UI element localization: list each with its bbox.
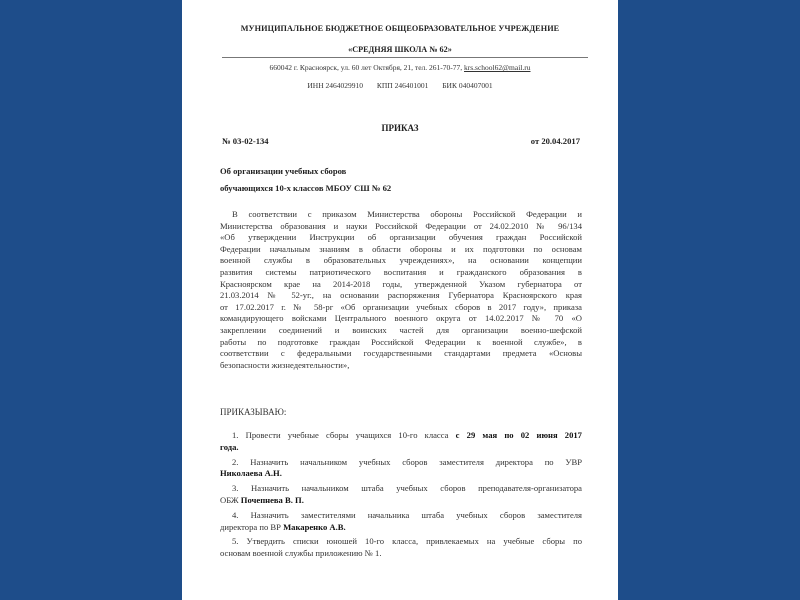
order-item-line: 2. Назначить начальником учебных сборов … [220, 457, 582, 469]
order-directive: ПРИКАЗЫВАЮ: [220, 407, 286, 417]
email-link[interactable]: krs.school62@mail.ru [464, 63, 530, 72]
order-item-line: 1. Провести учебные сборы учащихся 10-го… [220, 430, 582, 442]
order-number: № 03-02-134 [222, 136, 269, 146]
preamble-line: развития системы патриотического воспита… [220, 267, 582, 279]
preamble-line: от 17.02.2017 г. № 58-рг «Об организации… [220, 302, 582, 314]
order-subject-line1: Об организации учебных сборов [220, 166, 346, 176]
preamble-line: командирующего войсками Центрального вое… [220, 313, 582, 325]
order-item-line: директора по ВР Макаренко А.В. [220, 522, 582, 534]
order-item-line: основам военной службы приложению № 1. [220, 548, 582, 560]
preamble-line: Федерации начальным знаниям в области об… [220, 244, 582, 256]
org-name-line2: «СРЕДНЯЯ ШКОЛА № 62» [182, 45, 618, 54]
bik: БИК 040407001 [442, 81, 492, 90]
order-item: 1. Провести учебные сборы учащихся 10-го… [220, 430, 582, 454]
order-title: ПРИКАЗ [182, 123, 618, 133]
order-item: 5. Утвердить списки юношей 10-го класса,… [220, 536, 582, 560]
order-item-line: Николаева А.Н. [220, 468, 582, 480]
preamble-line: безопасности жизнедеятельности», [220, 360, 582, 372]
org-address: 660042 г. Красноярск, ул. 60 лет Октября… [182, 63, 618, 72]
preamble-line: военной службы в образовательных учрежде… [220, 255, 582, 267]
order-date: от 20.04.2017 [531, 136, 580, 146]
preamble-line: работы по подготовке граждан Российской … [220, 337, 582, 349]
order-item-line: 5. Утвердить списки юношей 10-го класса,… [220, 536, 582, 548]
kpp: КПП 246401001 [377, 81, 428, 90]
order-preamble: В соответствии с приказом Министерства о… [220, 209, 582, 371]
preamble-line: «Об утверждении Инструкции об организаци… [220, 232, 582, 244]
order-items: 1. Провести учебные сборы учащихся 10-го… [220, 430, 582, 563]
preamble-line: закреплении соединений и воинских частей… [220, 325, 582, 337]
org-name-line1: МУНИЦИПАЛЬНОЕ БЮДЖЕТНОЕ ОБЩЕОБРАЗОВАТЕЛЬ… [182, 24, 618, 33]
order-subject-line2: обучающихся 10-х классов МБОУ СШ № 62 [220, 183, 391, 193]
preamble-line: Красноярском крае на 2014-2018 годы, утв… [220, 279, 582, 291]
preamble-line: Министерства образования и науки Российс… [220, 221, 582, 233]
document-page: МУНИЦИПАЛЬНОЕ БЮДЖЕТНОЕ ОБЩЕОБРАЗОВАТЕЛЬ… [182, 0, 618, 600]
order-item-line: ОБЖ Почепнева В. П. [220, 495, 582, 507]
order-item-line: года. [220, 442, 582, 454]
order-item-line: 3. Назначить начальником штаба учебных с… [220, 483, 582, 495]
order-item: 2. Назначить начальником учебных сборов … [220, 457, 582, 481]
org-identifiers: ИНН 2464029910 КПП 246401001 БИК 0404070… [182, 81, 618, 90]
preamble-line: В соответствии с приказом Министерства о… [220, 209, 582, 221]
order-item-line: 4. Назначить заместителями начальника шт… [220, 510, 582, 522]
order-item: 3. Назначить начальником штаба учебных с… [220, 483, 582, 507]
inn: ИНН 2464029910 [307, 81, 363, 90]
preamble-line: соответствии с федеральными государствен… [220, 348, 582, 360]
order-item: 4. Назначить заместителями начальника шт… [220, 510, 582, 534]
preamble-line: 21.03.2014 № 52-уг., на основании распор… [220, 290, 582, 302]
header-divider [222, 57, 588, 58]
address-text: 660042 г. Красноярск, ул. 60 лет Октября… [269, 63, 462, 72]
